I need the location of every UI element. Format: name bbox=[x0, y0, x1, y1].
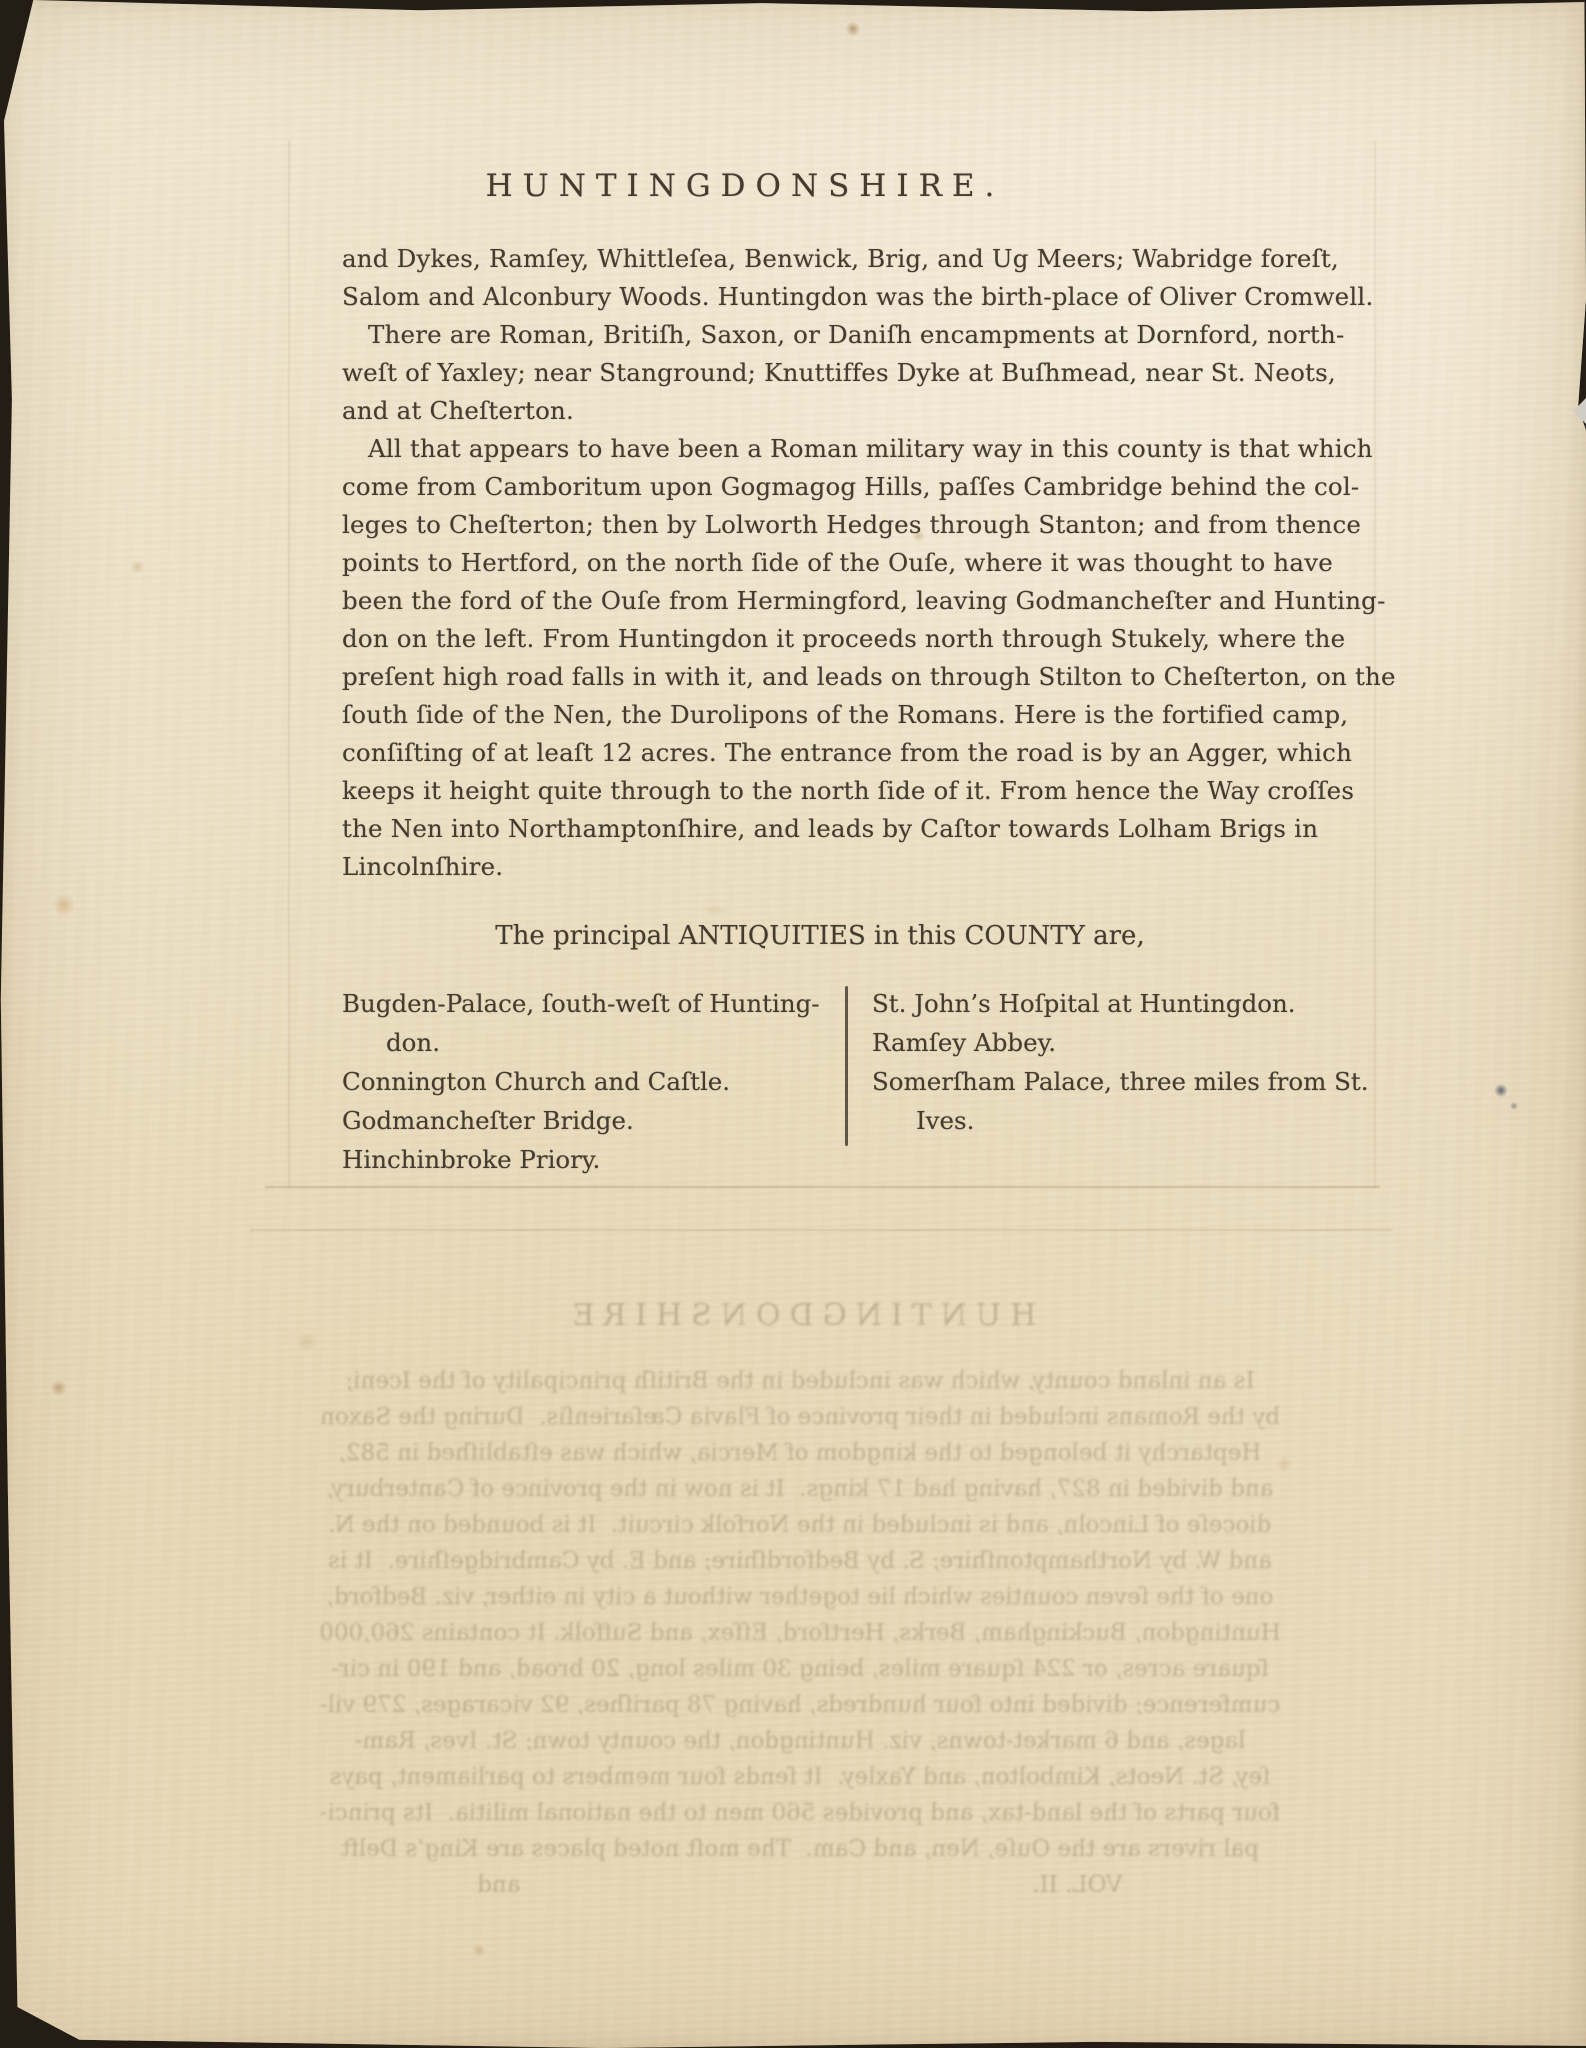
text-line: and Dykes, Ramſey, Whittleſea, Benwick, … bbox=[342, 240, 1352, 278]
text-line: There are Roman, Britiſh, Saxon, or Dani… bbox=[342, 316, 1352, 354]
antiquities-heading: The principal ANTIQUITIES in this COUNTY… bbox=[320, 921, 1320, 951]
bleedthrough-line: and W. by Northamptonſhire; S. by Bedfor… bbox=[255, 1543, 1345, 1579]
bleedthrough-line: Huntingdon, Buckingham, Berks, Hertford,… bbox=[255, 1615, 1345, 1651]
text-line: conſiſting of at leaſt 12 acres. The ent… bbox=[342, 734, 1352, 772]
text-line: ſouth ſide of the Nen, the Durolipons of… bbox=[342, 696, 1352, 734]
text-line: preſent high road falls in with it, and … bbox=[342, 658, 1352, 696]
list-item-continuation: Ives. bbox=[872, 1101, 1372, 1140]
bleedthrough-line: ſquare acres, or 224 ſquare miles, being… bbox=[255, 1651, 1345, 1687]
body-text: and Dykes, Ramſey, Whittleſea, Benwick, … bbox=[342, 240, 1352, 886]
ink-blot bbox=[1510, 1102, 1518, 1110]
bleedthrough-line: lages, and 6 market-towns, viz. Huntingd… bbox=[255, 1723, 1345, 1759]
bleedthrough-line: dioceſe of Lincoln, and is included in t… bbox=[255, 1507, 1345, 1543]
plate-mark-line bbox=[288, 140, 290, 1188]
antiquities-right-column: St. John’s Hoſpital at Huntingdon. Ramſe… bbox=[872, 984, 1372, 1140]
paper-sheet: HUNTINGDONSHIRE Is an inland county, whi… bbox=[0, 0, 1586, 2048]
scanned-book-page: HUNTINGDONSHIRE Is an inland county, whi… bbox=[0, 0, 1586, 2048]
bleedthrough-line: one of the ſeven counties which lie toge… bbox=[255, 1579, 1345, 1615]
bleedthrough-text: HUNTINGDONSHIRE Is an inland county, whi… bbox=[255, 1298, 1345, 1903]
bleedthrough-title: HUNTINGDONSHIRE bbox=[255, 1298, 1345, 1333]
paragraph: and Dykes, Ramſey, Whittleſea, Benwick, … bbox=[342, 240, 1352, 316]
list-item: Connington Church and Caſtle. bbox=[342, 1062, 822, 1101]
bleedthrough-line: by the Romans included in their province… bbox=[255, 1399, 1345, 1435]
list-item: Ramſey Abbey. bbox=[872, 1023, 1372, 1062]
column-divider bbox=[845, 986, 848, 1146]
paragraph: There are Roman, Britiſh, Saxon, or Dani… bbox=[342, 316, 1352, 430]
foxing-spot bbox=[130, 560, 145, 574]
text-line: been the ford of the Ouſe from Hermingfo… bbox=[342, 582, 1352, 620]
list-item: St. John’s Hoſpital at Huntingdon. bbox=[872, 984, 1372, 1023]
bleedthrough-line: Is an inland county, which was included … bbox=[255, 1363, 1345, 1399]
bleedthrough-line: four parts of the land-tax, and provides… bbox=[255, 1795, 1345, 1831]
list-item-continuation: don. bbox=[342, 1023, 822, 1062]
list-item: Godmancheſter Bridge. bbox=[342, 1101, 822, 1140]
text-line: don on the left. From Huntingdon it proc… bbox=[342, 620, 1352, 658]
text-line: points to Hertford, on the north ſide of… bbox=[342, 544, 1352, 582]
foxing-spot bbox=[52, 894, 76, 916]
plate-mark-line bbox=[250, 1229, 1392, 1231]
text-line: come from Camboritum upon Gogmagog Hills… bbox=[342, 468, 1352, 506]
bleedthrough-line: VOL. II. and bbox=[255, 1867, 1345, 1903]
ink-blot bbox=[1494, 1084, 1508, 1097]
text-line: and at Cheſterton. bbox=[342, 392, 1352, 430]
foxing-spot bbox=[472, 1944, 486, 1957]
bleedthrough-line: pal rivers are the Ouſe, Nen, and Cam. T… bbox=[255, 1831, 1345, 1867]
text-line: weſt of Yaxley; near Stanground; Knuttif… bbox=[342, 354, 1352, 392]
text-line: All that appears to have been a Roman mi… bbox=[342, 430, 1352, 468]
foxing-spot bbox=[845, 22, 861, 36]
page-title: HUNTINGDONSHIRE. bbox=[245, 168, 1245, 204]
antiquities-left-column: Bugden-Palace, ſouth-weſt of Hunting- do… bbox=[342, 984, 822, 1179]
plate-mark-line bbox=[265, 1186, 1380, 1188]
text-line: Salom and Alconbury Woods. Huntingdon wa… bbox=[342, 278, 1352, 316]
list-item: Bugden-Palace, ſouth-weſt of Hunting- bbox=[342, 984, 822, 1023]
bleedthrough-line: ſey, St. Neots, Kimbolton, and Yaxley. I… bbox=[255, 1759, 1345, 1795]
bleedthrough-line: and divided in 827, having had 17 kings.… bbox=[255, 1471, 1345, 1507]
bleedthrough-line: cumference; divided into four hundreds, … bbox=[255, 1687, 1345, 1723]
foxing-spot bbox=[700, 905, 730, 915]
text-line: leges to Cheſterton; then by Lolworth He… bbox=[342, 506, 1352, 544]
list-item: Somerſham Palace, three miles from St. bbox=[872, 1062, 1372, 1101]
list-item: Hinchinbroke Priory. bbox=[342, 1140, 822, 1179]
text-line: the Nen into Northamptonſhire, and leads… bbox=[342, 810, 1352, 848]
paragraph: All that appears to have been a Roman mi… bbox=[342, 430, 1352, 886]
bleedthrough-line: Heptarchy it belonged to the kingdom of … bbox=[255, 1435, 1345, 1471]
text-line: keeps it height quite through to the nor… bbox=[342, 772, 1352, 810]
foxing-spot bbox=[50, 1380, 67, 1396]
text-line: Lincolnſhire. bbox=[342, 848, 1352, 886]
